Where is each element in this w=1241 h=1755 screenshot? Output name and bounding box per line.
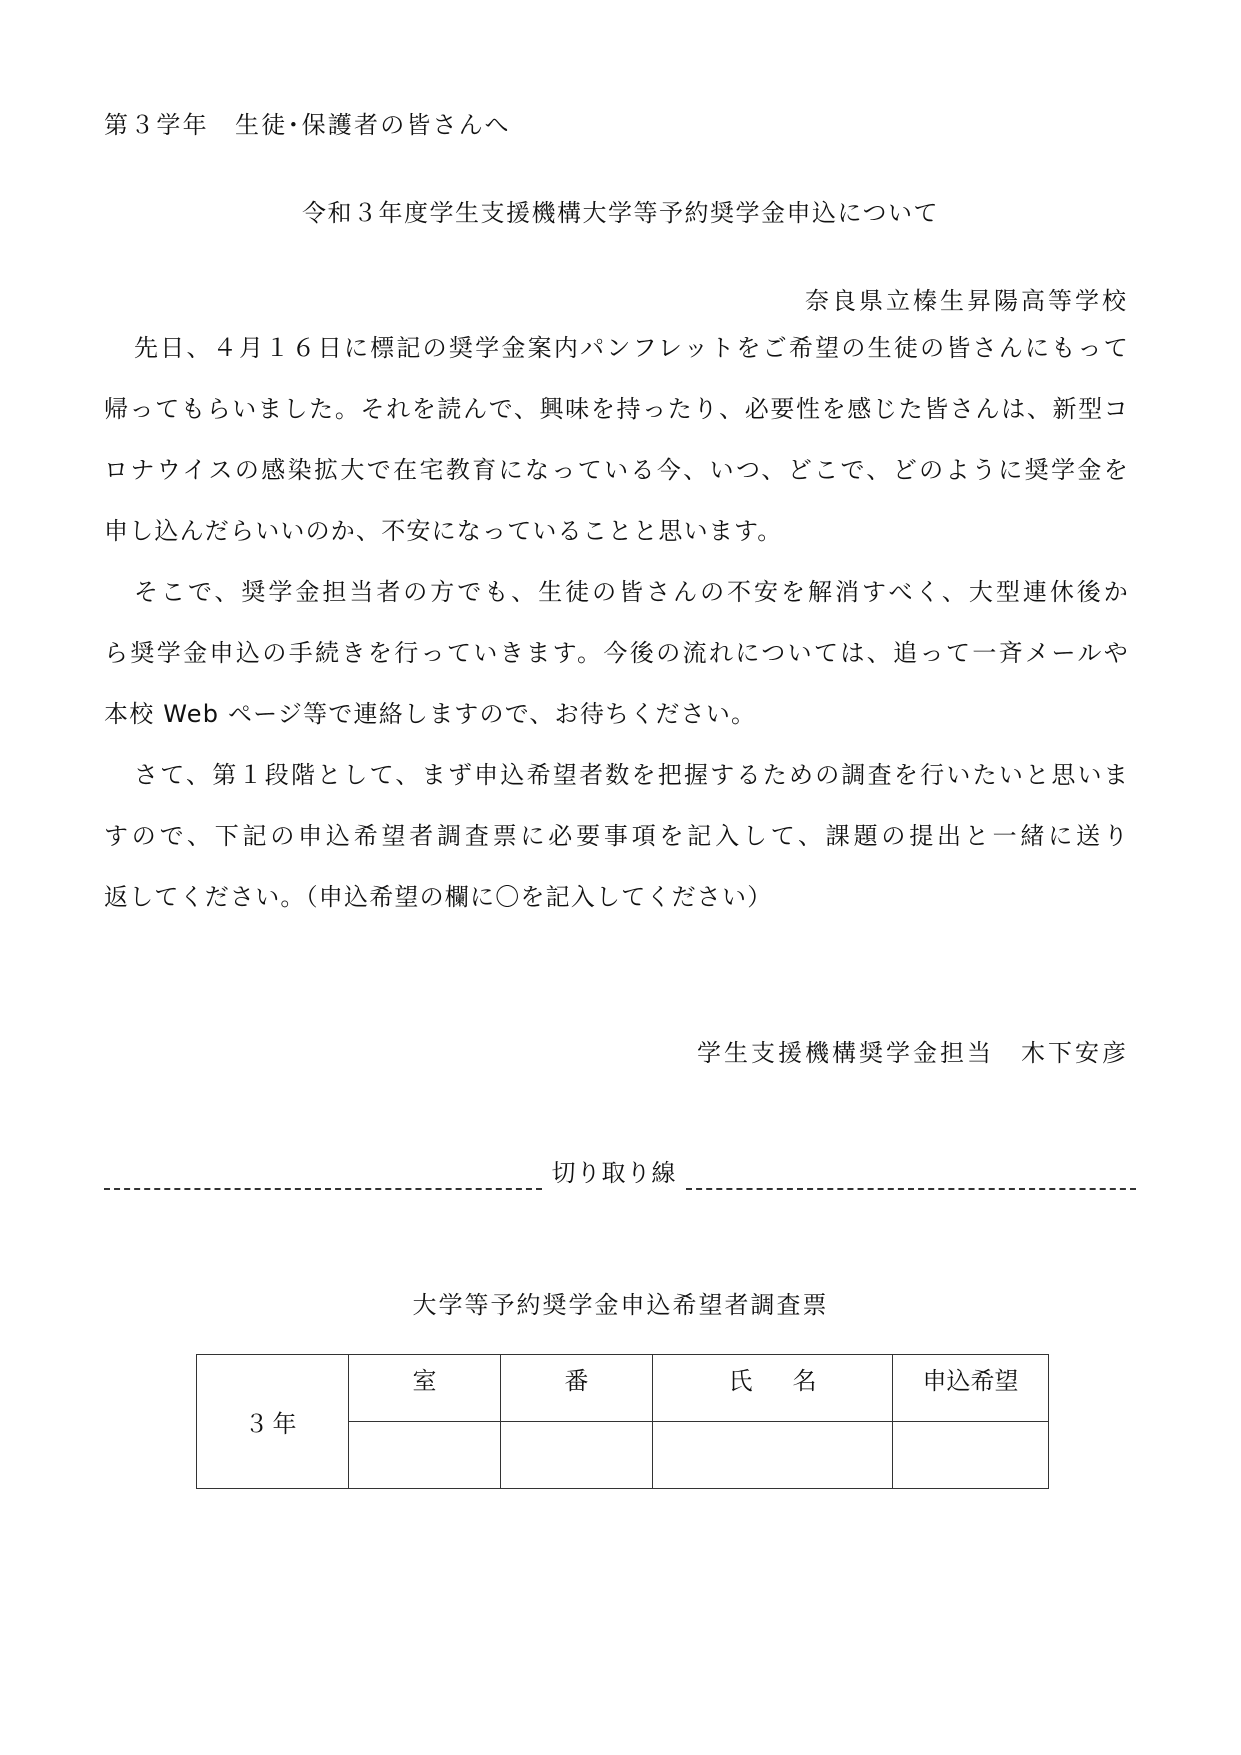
body-line: さて、第１段階として、まず申込希望者数を把握するための調査を行いたいと思いま [104, 760, 1129, 790]
body-line: 帰ってもらいました。それを読んで、興味を持ったり、必要性を感じた皆さんは、新型コ [104, 394, 1129, 424]
cut-line: 切り取り線 [104, 1158, 1136, 1198]
dashed-line-left [104, 1188, 542, 1190]
document-title: 令和３年度学生支援機構大学等予約奨学金申込について [0, 198, 1241, 228]
addressee-heading: 第３学年 生徒･保護者の皆さんへ [104, 110, 511, 140]
survey-table: ３年 室 番 氏名 申込希望 [196, 1354, 1049, 1489]
form-title: 大学等予約奨学金申込希望者調査票 [0, 1290, 1241, 1320]
table-header-row: ３年 室 番 氏名 申込希望 [197, 1355, 1049, 1422]
dashed-line-right [686, 1188, 1136, 1190]
application-input-cell[interactable] [893, 1422, 1049, 1489]
body-line: 先日、４月１６日に標記の奨学金案内パンフレットをご希望の生徒の皆さんにもって [104, 333, 1129, 363]
school-name: 奈良県立榛生昇陽高等学校 [805, 286, 1129, 316]
body-line: すので、下記の申込希望者調査票に必要事項を記入して、課題の提出と一緒に送り [104, 821, 1129, 851]
name-header-label: 氏名 [689, 1367, 857, 1395]
signature: 学生支援機構奨学金担当 木下安彦 [697, 1038, 1129, 1068]
body-line: ロナウイスの感染拡大で在宅教育になっている今、いつ、どこで、どのように奨学金を [104, 455, 1129, 485]
body-line: そこで、奨学金担当者の方でも、生徒の皆さんの不安を解消すべく、大型連休後か [104, 577, 1129, 607]
grade-cell: ３年 [197, 1355, 349, 1489]
body-line: 本校 Web ページ等で連絡しますので、お待ちください。 [104, 699, 1129, 729]
body-line: 申し込んだらいいのか、不安になっていることと思います。 [104, 516, 1129, 546]
column-header-room: 室 [349, 1355, 501, 1422]
room-input-cell[interactable] [349, 1422, 501, 1489]
column-header-number: 番 [501, 1355, 653, 1422]
name-input-cell[interactable] [653, 1422, 893, 1489]
body-line: 返してください。（申込希望の欄に〇を記入してください） [104, 882, 1129, 912]
column-header-application: 申込希望 [893, 1355, 1049, 1422]
number-input-cell[interactable] [501, 1422, 653, 1489]
body-line: ら奨学金申込の手続きを行っていきます。今後の流れについては、追って一斉メールや [104, 638, 1129, 668]
cut-line-label: 切り取り線 [542, 1158, 686, 1188]
column-header-name: 氏名 [653, 1355, 893, 1422]
